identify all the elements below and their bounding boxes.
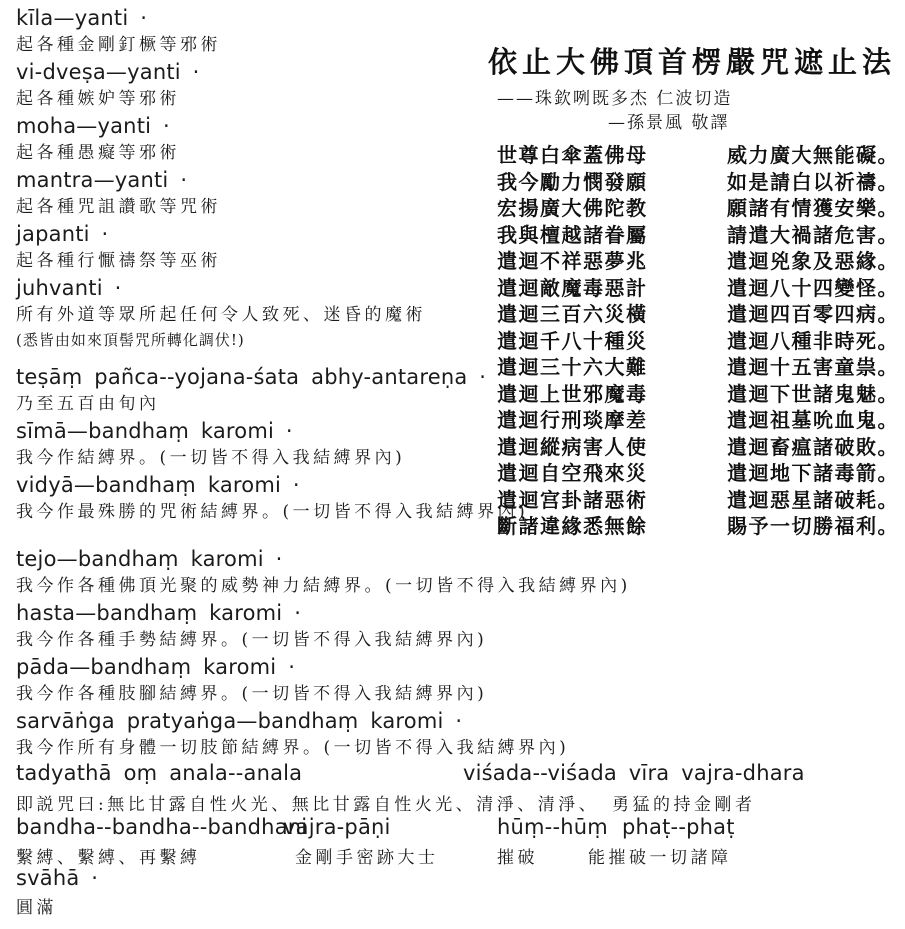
chinese-gloss: 起各種愚癡等邪術 (16, 141, 426, 167)
sanskrit-line: phaṭ--phaṭ (622, 815, 735, 839)
chinese-gloss: 起各種金剛釘橛等邪術 (16, 33, 426, 59)
chinese-gloss: 能摧破一切諸障 (588, 843, 732, 868)
chinese-gloss: 勇猛的持金剛者 (612, 790, 756, 815)
page-title: 依止大佛頂首楞嚴咒遮止法 (488, 40, 896, 81)
verse-line: 遣迴上世邪魔毒 (497, 381, 712, 408)
sanskrit-line: mantra—yanti · (16, 167, 426, 195)
verse-line: 遣迴八十四變怪。 (727, 275, 905, 302)
mantra-entry: sīmā—bandhaṃ karomi · 我今作結縛界。(一切皆不得入我結縛界… (16, 418, 528, 472)
chinese-gloss-note: (悉皆由如來頂髻咒所轉化調伏!) (16, 329, 426, 353)
sanskrit-line: tadyathā oṃ anala--anala (16, 761, 302, 785)
verse-line: 遣迴縱病害人使 (497, 434, 712, 461)
verse-line: 遣迴三百六災橫 (497, 301, 712, 328)
mantra-entry: teṣāṃ pañca--yojana-śata abhy-antareṇa ·… (16, 364, 528, 418)
verse-line: 如是請白以祈禱。 (727, 169, 905, 196)
verse-line: 遣迴自空飛來災 (497, 460, 712, 487)
verse-line: 遣迴三十六大難 (497, 354, 712, 381)
chinese-gloss: 金剛手密跡大士 (295, 843, 439, 868)
chinese-gloss: 我今作結縛界。(一切皆不得入我結縛界內) (16, 446, 528, 472)
mantra-entry: kīla—yanti · 起各種金剛釘橛等邪術 (16, 5, 426, 59)
mantra-entry: vidyā—bandhaṃ karomi · 我今作最殊勝的咒術結縛界。(一切皆… (16, 472, 528, 526)
sanskrit-gloss-section-3: tejo—bandhaṃ karomi · 我今作各種佛頂光聚的威勢神力結縛界。… (16, 546, 631, 762)
chinese-gloss: 繫縛、繫縛、再繫縛 (16, 843, 201, 868)
sanskrit-line: hūṃ--hūṃ (497, 815, 608, 839)
chinese-gloss: 圓滿 (16, 893, 57, 918)
chinese-gloss: 我今作各種佛頂光聚的威勢神力結縛界。(一切皆不得入我結縛界內) (16, 574, 631, 600)
sanskrit-line: hasta—bandhaṃ karomi · (16, 600, 631, 628)
verse-line: 遣迴下世諸鬼魅。 (727, 381, 905, 408)
verse-column-left: 世尊白傘蓋佛母 我今勵力憫發願 宏揚廣大佛陀教 我與檀越諸眷屬 遣迴不祥惡夢兆 … (497, 142, 712, 540)
chinese-gloss: 即説咒曰:無比甘露自性火光、無比甘露自性火光、清淨、清淨、 (16, 790, 599, 815)
sanskrit-line: vajra-pāṇi (283, 815, 391, 839)
verse-column-right: 威力廣大無能礙。 如是請白以祈禱。 願諸有情獲安樂。 請遣大禍諸危害。 遣迴兇象… (727, 142, 905, 540)
translator-line: —孫景風 敬譯 (608, 108, 729, 133)
chinese-gloss: 摧破 (497, 843, 538, 868)
verse-line: 威力廣大無能礙。 (727, 142, 905, 169)
verse-line: 遣迴兇象及惡緣。 (727, 248, 905, 275)
mantra-entry: moha—yanti · 起各種愚癡等邪術 (16, 113, 426, 167)
verse-line: 遣迴千八十種災 (497, 328, 712, 355)
scanned-sutra-page: { "colors": { "background": "#ffffff", "… (0, 0, 905, 929)
verse-line: 斷諸違緣悉無餘 (497, 513, 712, 540)
chinese-gloss: 我今作最殊勝的咒術結縛界。(一切皆不得入我結縛界內) (16, 500, 528, 526)
sanskrit-line: japanti · (16, 221, 426, 249)
sanskrit-line: svāhā · (16, 866, 98, 890)
verse-line: 遣迴地下諸毒箭。 (727, 460, 905, 487)
chinese-gloss: 起各種行懨禱祭等巫術 (16, 249, 426, 275)
verse-line: 遣迴行刑琰摩差 (497, 407, 712, 434)
chinese-gloss: 我今作所有身體一切肢節結縛界。(一切皆不得入我結縛界內) (16, 736, 631, 762)
verse-line: 遣迴八種非時死。 (727, 328, 905, 355)
sanskrit-line: vi-dveṣa—yanti · (16, 59, 426, 87)
mantra-entry: japanti · 起各種行懨禱祭等巫術 (16, 221, 426, 275)
sanskrit-gloss-section-1: kīla—yanti · 起各種金剛釘橛等邪術 vi-dveṣa—yanti ·… (16, 5, 426, 353)
chinese-gloss: 乃至五百由旬內 (16, 392, 528, 418)
verse-line: 我今勵力憫發願 (497, 169, 712, 196)
verse-line: 遣迴宫卦諸惡術 (497, 487, 712, 514)
sanskrit-line: moha—yanti · (16, 113, 426, 141)
sanskrit-line: pāda—bandhaṃ karomi · (16, 654, 631, 682)
verse-line: 賜予一切勝福利。 (727, 513, 905, 540)
mantra-entry: hasta—bandhaṃ karomi · 我今作各種手勢結縛界。(一切皆不得… (16, 600, 631, 654)
sanskrit-line: tejo—bandhaṃ karomi · (16, 546, 631, 574)
sanskrit-line: juhvanti · (16, 275, 426, 303)
verse-line: 遣迴畜瘟諸破敗。 (727, 434, 905, 461)
mantra-entry: tejo—bandhaṃ karomi · 我今作各種佛頂光聚的威勢神力結縛界。… (16, 546, 631, 600)
sanskrit-line: vidyā—bandhaṃ karomi · (16, 472, 528, 500)
chinese-gloss: 我今作各種手勢結縛界。(一切皆不得入我結縛界內) (16, 628, 631, 654)
sanskrit-line: sarvāṅga pratyaṅga—bandhaṃ karomi · (16, 708, 631, 736)
chinese-gloss: 起各種咒詛讚歌等咒術 (16, 195, 426, 221)
sanskrit-line: sīmā—bandhaṃ karomi · (16, 418, 528, 446)
sanskrit-line: teṣāṃ pañca--yojana-śata abhy-antareṇa · (16, 364, 528, 392)
author-line: ——珠欽咧既多杰 仁波切造 (497, 84, 732, 109)
chinese-gloss: 我今作各種肢腳結縛界。(一切皆不得入我結縛界內) (16, 682, 631, 708)
sanskrit-line: bandha--bandha--bandhani (16, 815, 307, 839)
verse-line: 我與檀越諸眷屬 (497, 222, 712, 249)
verse-line: 願諸有情獲安樂。 (727, 195, 905, 222)
chinese-gloss: 所有外道等眾所起任何令人致死、迷昏的魔術 (16, 303, 426, 329)
mantra-entry: pāda—bandhaṃ karomi · 我今作各種肢腳結縛界。(一切皆不得入… (16, 654, 631, 708)
sanskrit-gloss-section-2: teṣāṃ pañca--yojana-śata abhy-antareṇa ·… (16, 364, 528, 526)
verse-line: 遣迴祖墓吮血鬼。 (727, 407, 905, 434)
sanskrit-line: viśada--viśada vīra vajra-dhara (463, 761, 805, 785)
verse-line: 請遣大禍諸危害。 (727, 222, 905, 249)
mantra-entry: vi-dveṣa—yanti · 起各種嫉妒等邪術 (16, 59, 426, 113)
mantra-entry: mantra—yanti · 起各種咒詛讚歌等咒術 (16, 167, 426, 221)
verse-line: 遣迴惡星諸破耗。 (727, 487, 905, 514)
verse-line: 遣迴四百零四病。 (727, 301, 905, 328)
verse-line: 遣迴十五害童祟。 (727, 354, 905, 381)
mantra-entry: juhvanti · 所有外道等眾所起任何令人致死、迷昏的魔術 (悉皆由如來頂髻… (16, 275, 426, 353)
sanskrit-line: kīla—yanti · (16, 5, 426, 33)
verse-line: 遣迴敵魔毒惡計 (497, 275, 712, 302)
mantra-entry: sarvāṅga pratyaṅga—bandhaṃ karomi · 我今作所… (16, 708, 631, 762)
verse-line: 世尊白傘蓋佛母 (497, 142, 712, 169)
verse-line: 宏揚廣大佛陀教 (497, 195, 712, 222)
verse-line: 遣迴不祥惡夢兆 (497, 248, 712, 275)
chinese-gloss: 起各種嫉妒等邪術 (16, 87, 426, 113)
